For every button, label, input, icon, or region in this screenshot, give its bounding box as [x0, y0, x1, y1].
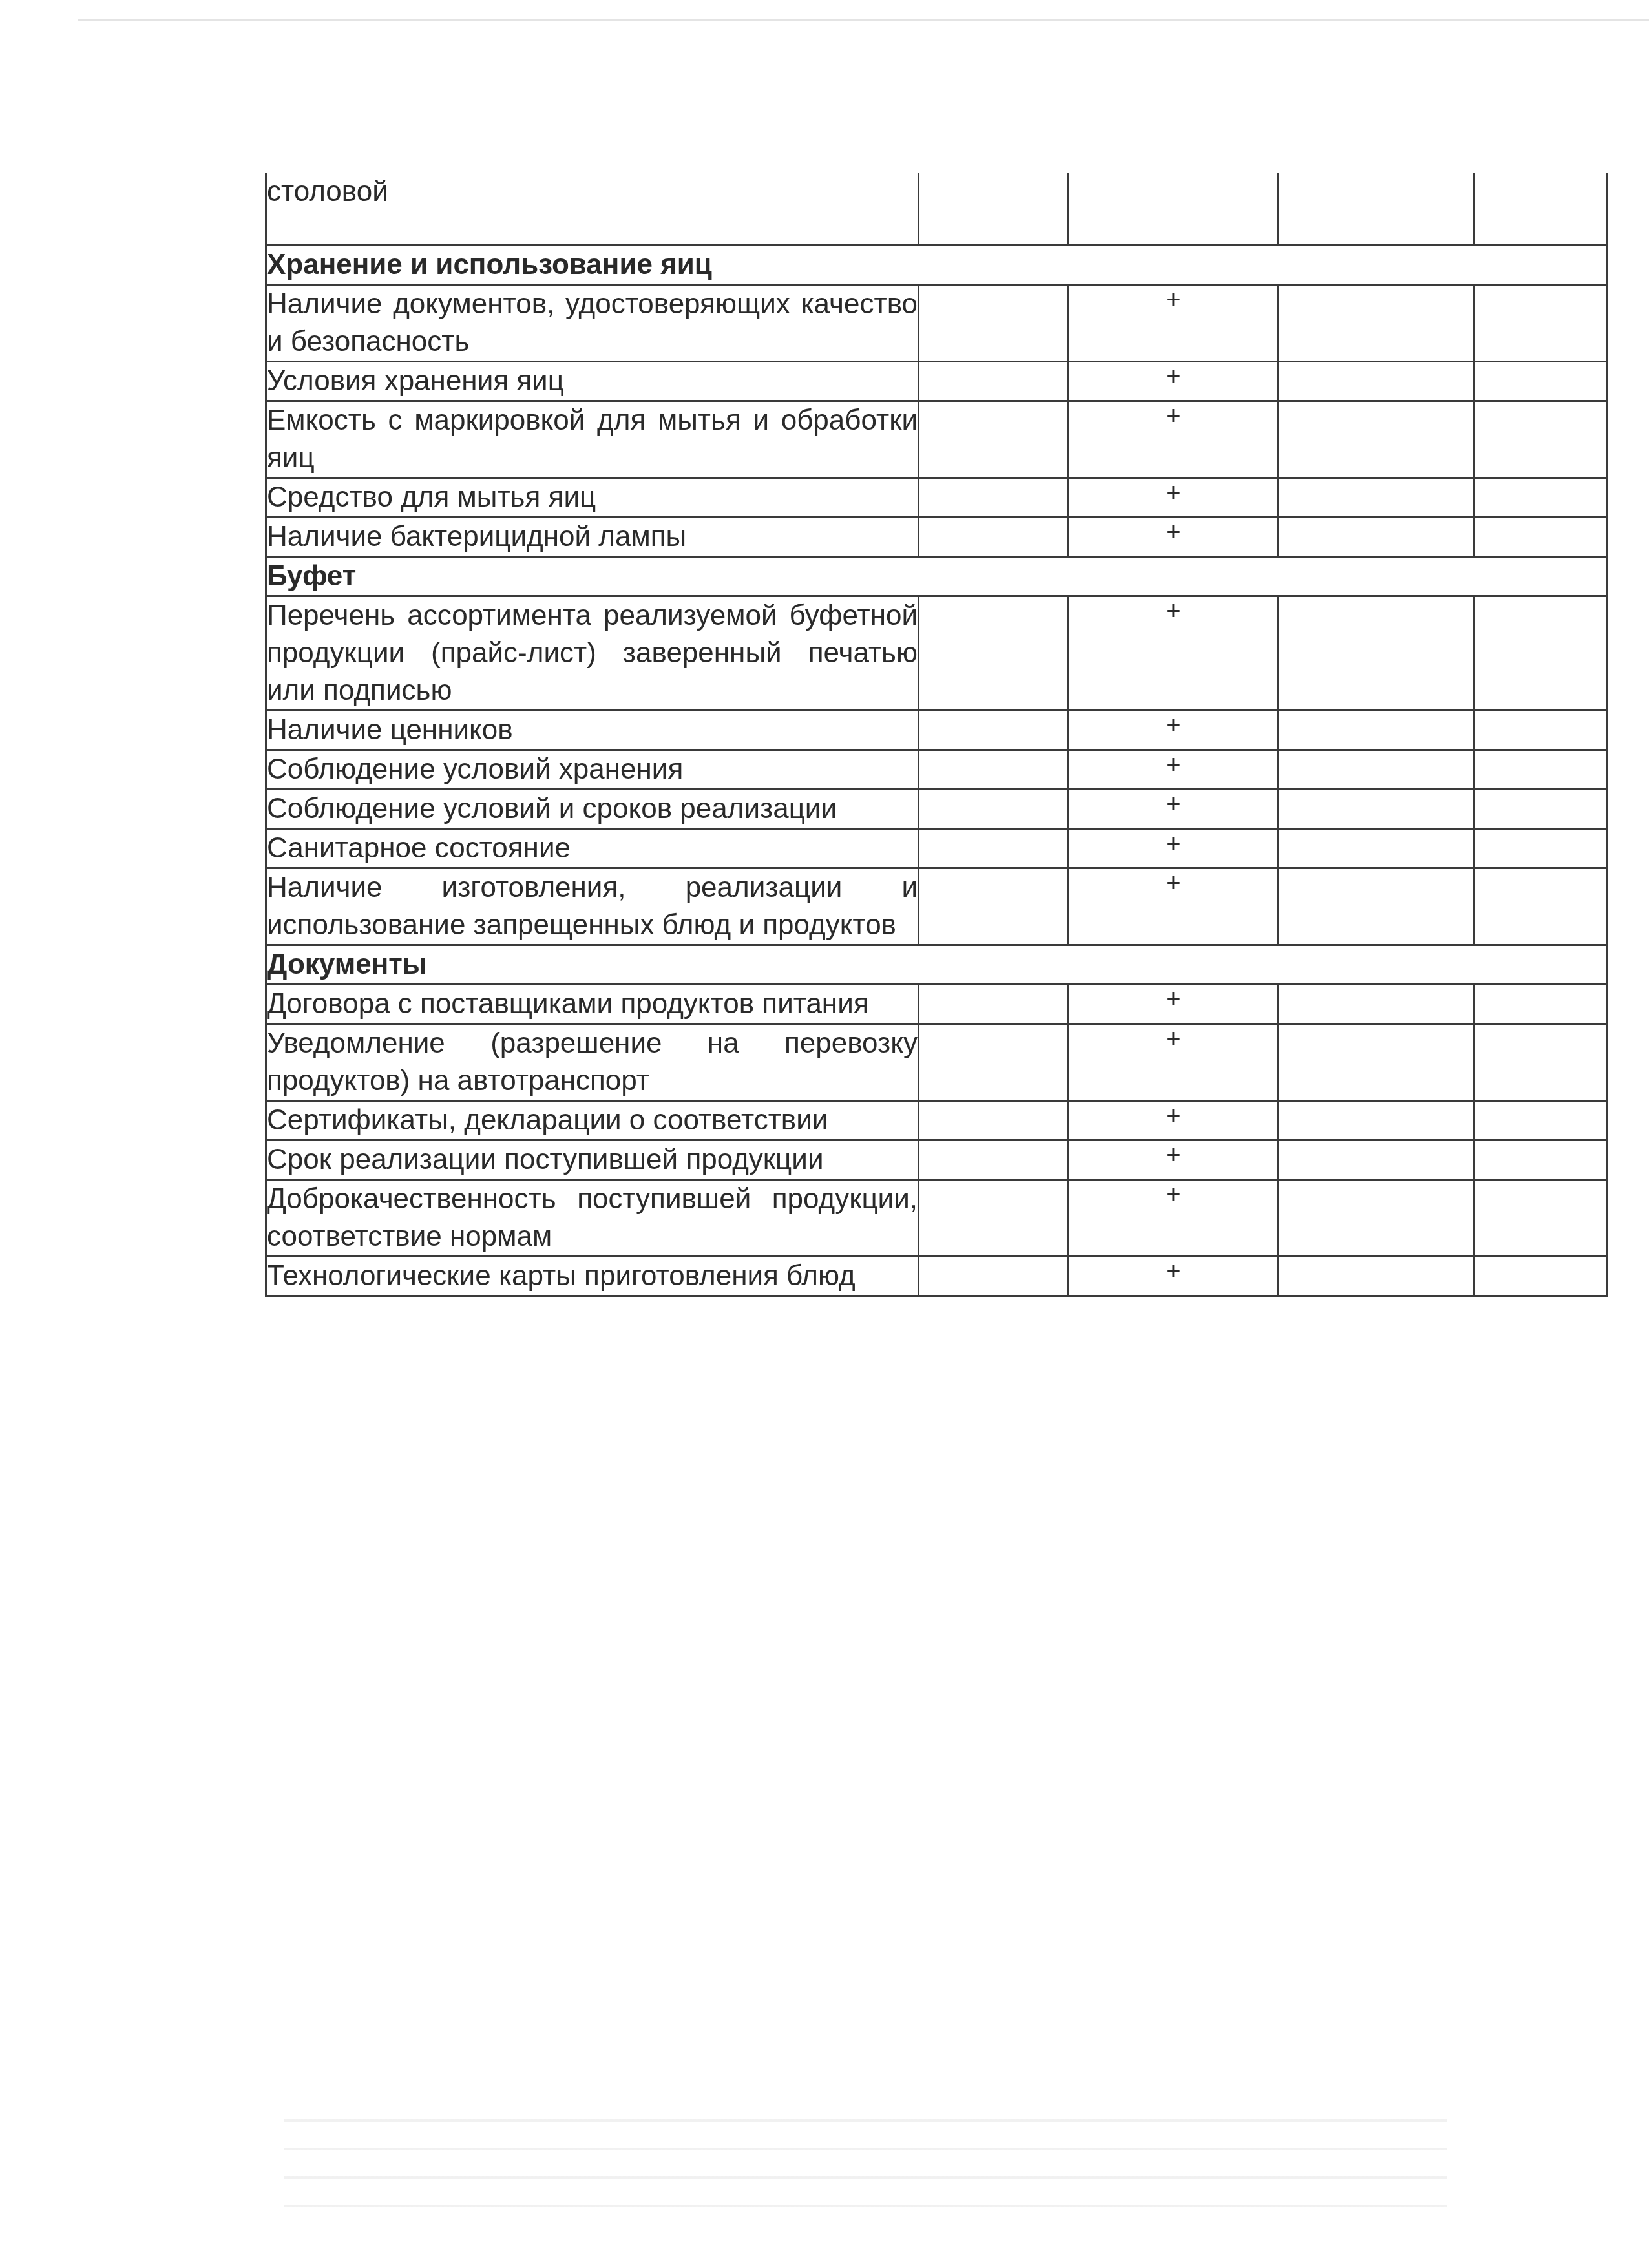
criterion-label: Наличие ценников	[266, 711, 919, 750]
mark-cell: +	[1069, 478, 1279, 518]
mark-cell	[1279, 285, 1474, 362]
table-row: столовой	[266, 173, 1607, 246]
mark-cell: +	[1069, 829, 1279, 868]
mark-cell	[1279, 985, 1474, 1024]
criterion-label: Срок реализации поступившей продукции	[266, 1140, 919, 1180]
mark-cell	[1279, 401, 1474, 478]
mark-cell	[1279, 1257, 1474, 1296]
mark-cell	[1279, 1024, 1474, 1101]
mark-cell	[919, 1140, 1069, 1180]
mark-cell	[919, 401, 1069, 478]
table-row: Наличие документов, удостоверяющих качес…	[266, 285, 1607, 362]
criterion-label: Доброкачественность поступившей продукци…	[266, 1180, 919, 1257]
mark-cell	[919, 173, 1069, 246]
table-row: Санитарное состояние+	[266, 829, 1607, 868]
criterion-label: Средство для мытья яиц	[266, 478, 919, 518]
mark-cell	[1474, 790, 1607, 829]
mark-cell	[1279, 478, 1474, 518]
mark-cell: +	[1069, 1024, 1279, 1101]
mark-cell	[1474, 596, 1607, 711]
section-row: Хранение и использование яиц	[266, 246, 1607, 285]
mark-cell	[919, 1024, 1069, 1101]
mark-cell: +	[1069, 985, 1279, 1024]
mark-cell	[1474, 362, 1607, 401]
mark-cell	[1474, 750, 1607, 790]
mark-cell	[1279, 711, 1474, 750]
criterion-label: Технологические карты приготовления блюд	[266, 1257, 919, 1296]
mark-cell	[1279, 362, 1474, 401]
mark-cell	[1474, 478, 1607, 518]
mark-cell	[1069, 173, 1279, 246]
scan-edge-line	[78, 19, 1649, 21]
mark-cell	[919, 285, 1069, 362]
table-row: Доброкачественность поступившей продукци…	[266, 1180, 1607, 1257]
mark-cell	[1474, 1180, 1607, 1257]
table-row: Условия хранения яиц+	[266, 362, 1607, 401]
inspection-checklist-table: столовойХранение и использование яицНали…	[265, 173, 1608, 1297]
mark-cell	[1474, 711, 1607, 750]
table-row: Наличие бактерицидной лампы+	[266, 518, 1607, 557]
mark-cell	[1474, 1101, 1607, 1140]
table-row: Уведомление (разрешение на перевозку про…	[266, 1024, 1607, 1101]
mark-cell	[1279, 1101, 1474, 1140]
table-row: Средство для мытья яиц+	[266, 478, 1607, 518]
table-row: Наличие ценников+	[266, 711, 1607, 750]
mark-cell	[919, 1180, 1069, 1257]
mark-cell	[1474, 985, 1607, 1024]
mark-cell: +	[1069, 868, 1279, 945]
criterion-label: Емкость с маркировкой для мытья и обрабо…	[266, 401, 919, 478]
criterion-label: Договора с поставщиками продуктов питани…	[266, 985, 919, 1024]
mark-cell: +	[1069, 1101, 1279, 1140]
mark-cell	[919, 1101, 1069, 1140]
criterion-label: Соблюдение условий и сроков реализации	[266, 790, 919, 829]
table-row: Сертификаты, декларации о соответствии+	[266, 1101, 1607, 1140]
mark-cell: +	[1069, 518, 1279, 557]
section-row: Документы	[266, 945, 1607, 985]
mark-cell	[1474, 173, 1607, 246]
mark-cell	[1279, 173, 1474, 246]
mark-cell: +	[1069, 362, 1279, 401]
mark-cell	[1474, 285, 1607, 362]
mark-cell	[919, 478, 1069, 518]
criterion-label: Условия хранения яиц	[266, 362, 919, 401]
section-heading: Документы	[266, 945, 1607, 985]
mark-cell	[1279, 1140, 1474, 1180]
mark-cell	[919, 750, 1069, 790]
mark-cell	[1474, 1140, 1607, 1180]
mark-cell	[919, 362, 1069, 401]
mark-cell	[1279, 596, 1474, 711]
bleed-through-text	[284, 2094, 1447, 2223]
mark-cell	[919, 1257, 1069, 1296]
criterion-label: Наличие документов, удостоверяющих качес…	[266, 285, 919, 362]
section-heading: Буфет	[266, 557, 1607, 596]
table-row: Емкость с маркировкой для мытья и обрабо…	[266, 401, 1607, 478]
mark-cell	[1474, 868, 1607, 945]
mark-cell	[1474, 401, 1607, 478]
mark-cell: +	[1069, 596, 1279, 711]
mark-cell	[919, 596, 1069, 711]
table-row: Перечень ассортимента реализуемой буфетн…	[266, 596, 1607, 711]
mark-cell: +	[1069, 401, 1279, 478]
mark-cell: +	[1069, 750, 1279, 790]
table-row: Соблюдение условий хранения+	[266, 750, 1607, 790]
mark-cell	[1279, 868, 1474, 945]
mark-cell: +	[1069, 1140, 1279, 1180]
table-row: Срок реализации поступившей продукции+	[266, 1140, 1607, 1180]
criterion-label: Сертификаты, декларации о соответствии	[266, 1101, 919, 1140]
mark-cell	[919, 868, 1069, 945]
criterion-label: Соблюдение условий хранения	[266, 750, 919, 790]
mark-cell	[919, 518, 1069, 557]
table-row: Наличие изготовления, реализации и испол…	[266, 868, 1607, 945]
mark-cell	[1474, 829, 1607, 868]
section-heading: Хранение и использование яиц	[266, 246, 1607, 285]
mark-cell	[1279, 829, 1474, 868]
criterion-label: Наличие бактерицидной лампы	[266, 518, 919, 557]
table-row: Технологические карты приготовления блюд…	[266, 1257, 1607, 1296]
criterion-label: Наличие изготовления, реализации и испол…	[266, 868, 919, 945]
table-row: Договора с поставщиками продуктов питани…	[266, 985, 1607, 1024]
criterion-label: Уведомление (разрешение на перевозку про…	[266, 1024, 919, 1101]
mark-cell: +	[1069, 790, 1279, 829]
mark-cell	[1279, 790, 1474, 829]
section-row: Буфет	[266, 557, 1607, 596]
mark-cell	[919, 985, 1069, 1024]
mark-cell	[919, 790, 1069, 829]
mark-cell	[1279, 518, 1474, 557]
mark-cell	[919, 711, 1069, 750]
mark-cell	[1474, 1257, 1607, 1296]
criterion-label: Санитарное состояние	[266, 829, 919, 868]
mark-cell	[1279, 750, 1474, 790]
table-row: Соблюдение условий и сроков реализации+	[266, 790, 1607, 829]
mark-cell	[919, 829, 1069, 868]
mark-cell: +	[1069, 285, 1279, 362]
criterion-label: столовой	[266, 173, 919, 246]
mark-cell	[1474, 1024, 1607, 1101]
mark-cell	[1279, 1180, 1474, 1257]
mark-cell	[1474, 518, 1607, 557]
mark-cell: +	[1069, 1180, 1279, 1257]
mark-cell: +	[1069, 711, 1279, 750]
mark-cell: +	[1069, 1257, 1279, 1296]
criterion-label: Перечень ассортимента реализуемой буфетн…	[266, 596, 919, 711]
